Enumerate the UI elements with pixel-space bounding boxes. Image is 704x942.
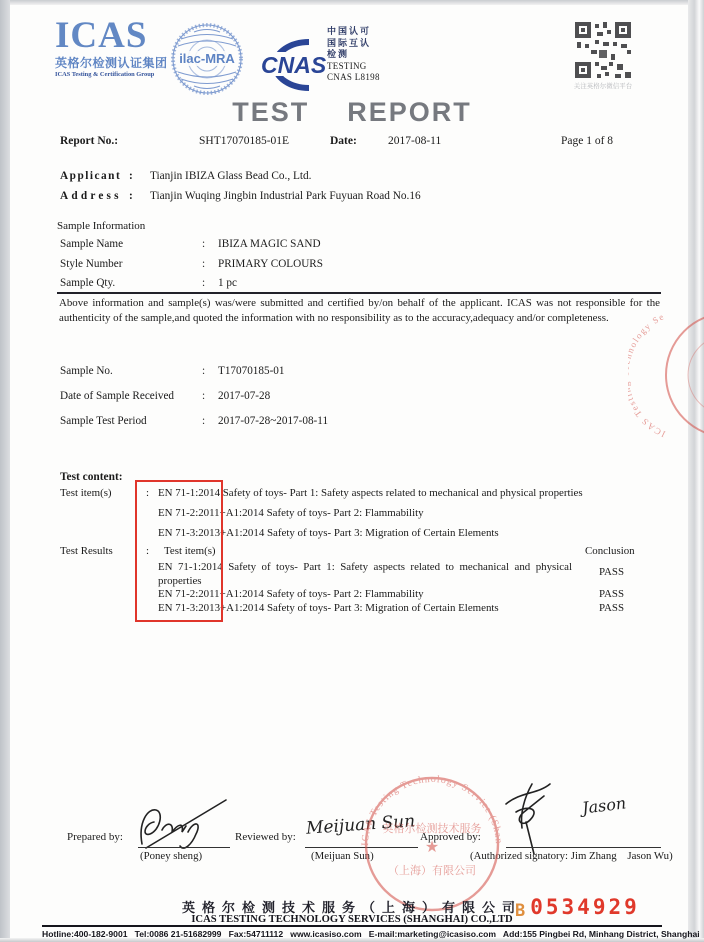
- sample-no-row: Sample No.:T17070185-01: [60, 365, 285, 377]
- center-stamp-cn-line2: （上海）有限公司: [388, 863, 476, 877]
- prepared-signature-line: [138, 847, 230, 848]
- cnas-accreditation-text: 中国认可 国际互认 检测 TESTING CNAS L8198: [327, 26, 380, 84]
- reviewed-by-label: Reviewed by:: [235, 831, 296, 843]
- applicant-row: Applicant:Tianjin IBIZA Glass Bead Co., …: [60, 170, 312, 182]
- colon: :: [129, 190, 150, 202]
- cnas-en-line1: TESTING: [327, 61, 380, 73]
- cnas-logo: CNAS: [249, 36, 329, 94]
- colon: :: [202, 258, 218, 270]
- test-period-label: Sample Test Period: [60, 415, 202, 427]
- prepared-name: (Poney sheng): [140, 850, 202, 862]
- date-received-row: Date of Sample Received:2017-07-28: [60, 390, 270, 402]
- prepared-by-label: Prepared by:: [67, 831, 123, 843]
- footer-company-en: ICAS TESTING TECHNOLOGY SERVICES (SHANGH…: [132, 914, 572, 925]
- cnas-cn-line3: 检测: [327, 49, 380, 61]
- cnas-cn-line2: 国际互认: [327, 38, 380, 50]
- title-word-test: TEST: [232, 97, 309, 127]
- colon: :: [202, 415, 218, 427]
- prepared-signature: [128, 792, 234, 854]
- sample-name-value: IBIZA MAGIC SAND: [218, 238, 321, 250]
- scan-edge-right: [688, 0, 704, 942]
- test-content-heading: Test content:: [60, 471, 123, 483]
- colon: :: [202, 238, 218, 250]
- footer-contact-line: Hotline:400-182-9001 Tel:0086 21-5168299…: [42, 929, 700, 939]
- address-row: Address:Tianjin Wuqing Jingbin Industria…: [60, 190, 421, 202]
- test-period-row: Sample Test Period:2017-07-28~2017-08-11: [60, 415, 328, 427]
- scan-edge-top: [0, 0, 704, 5]
- sample-name-row: Sample Name:IBIZA MAGIC SAND: [60, 238, 321, 250]
- ilac-mra-label: ilac-MRA: [179, 51, 235, 66]
- test-item-1: EN 71-1:2014 Safety of toys- Part 1: Saf…: [158, 487, 598, 499]
- sample-no-value: T17070185-01: [218, 365, 285, 377]
- serial-prefix: B: [515, 901, 525, 921]
- scan-edge-left: [0, 0, 10, 942]
- report-serial-number: B0534929: [515, 895, 640, 921]
- date-value: 2017-08-11: [388, 135, 441, 147]
- test-items-label: Test item(s): [60, 487, 146, 499]
- report-no-label: Report No.:: [60, 135, 118, 147]
- cnas-logo-label: CNAS: [261, 52, 327, 78]
- colon: :: [202, 277, 218, 289]
- sample-qty-value: 1 pc: [218, 277, 237, 289]
- document-title: TESTREPORT: [0, 97, 704, 128]
- divider-line: [57, 292, 661, 294]
- right-stamp-arc-text: ICAS Testing Technology Service: [628, 300, 667, 439]
- sample-qty-row: Sample Qty.:1 pc: [60, 277, 237, 289]
- red-annotation-box: [135, 480, 223, 622]
- colon: :: [202, 365, 218, 377]
- approved-signature-line: [506, 847, 661, 848]
- conclusion-header: Conclusion: [585, 545, 635, 557]
- page-indicator: Page 1 of 8: [561, 135, 613, 147]
- colon: :: [129, 170, 150, 182]
- style-number-row: Style Number:PRIMARY COLOURS: [60, 258, 323, 270]
- date-label: Date:: [330, 135, 357, 147]
- pass-result-2: PASS: [599, 588, 624, 600]
- test-report-page: ICAS 英格尔检测认证集团 ICAS Testing & Certificat…: [0, 0, 704, 942]
- style-number-label: Style Number: [60, 258, 202, 270]
- test-period-value: 2017-07-28~2017-08-11: [218, 415, 328, 427]
- applicant-value: Tianjin IBIZA Glass Bead Co., Ltd.: [150, 170, 312, 182]
- pass-result-3: PASS: [599, 602, 624, 614]
- sample-qty-label: Sample Qty.: [60, 277, 202, 289]
- date-received-label: Date of Sample Received: [60, 390, 202, 402]
- applicant-label: Applicant: [60, 170, 129, 182]
- colon: :: [202, 390, 218, 402]
- sample-information-heading: Sample Information: [57, 220, 145, 232]
- sample-no-label: Sample No.: [60, 365, 202, 377]
- red-stamp-right: ICAS Testing Technology Service ★: [628, 300, 704, 450]
- test-results-label: Test Results: [60, 545, 146, 557]
- qr-code: [573, 20, 633, 80]
- style-number-value: PRIMARY COLOURS: [218, 258, 323, 270]
- svg-text:ICAS Testing Technology Servic: ICAS Testing Technology Service: [628, 300, 667, 439]
- title-word-report: REPORT: [347, 97, 472, 127]
- serial-digits: 0534929: [530, 895, 640, 919]
- icas-logo-word: ICAS: [55, 16, 175, 56]
- footer-rule: [42, 925, 662, 927]
- approved-signature-jason: Jason: [581, 793, 627, 817]
- sample-name-label: Sample Name: [60, 238, 202, 250]
- date-received-value: 2017-07-28: [218, 390, 270, 402]
- icas-logo: ICAS 英格尔检测认证集团 ICAS Testing & Certificat…: [55, 16, 175, 79]
- icas-logo-en: ICAS Testing & Certification Group: [55, 70, 175, 79]
- center-stamp-star: ★: [425, 839, 439, 856]
- icas-logo-cn: 英格尔检测认证集团: [55, 56, 175, 70]
- address-label: Address: [60, 190, 129, 202]
- center-stamp-cn-line1: 英格尔检测技术服务: [383, 821, 482, 835]
- disclaimer-text: Above information and sample(s) was/were…: [59, 296, 660, 325]
- report-no-value: SHT17070185-01E: [199, 135, 289, 147]
- address-value: Tianjin Wuqing Jingbin Industrial Park F…: [150, 190, 421, 202]
- cnas-cn-line1: 中国认可: [327, 26, 380, 38]
- ilac-mra-seal: ilac-MRA: [170, 22, 244, 96]
- qr-caption: 关注英格尔微信平台: [563, 81, 643, 90]
- cnas-en-line2: CNAS L8198: [327, 72, 380, 84]
- pass-result-1: PASS: [599, 566, 624, 578]
